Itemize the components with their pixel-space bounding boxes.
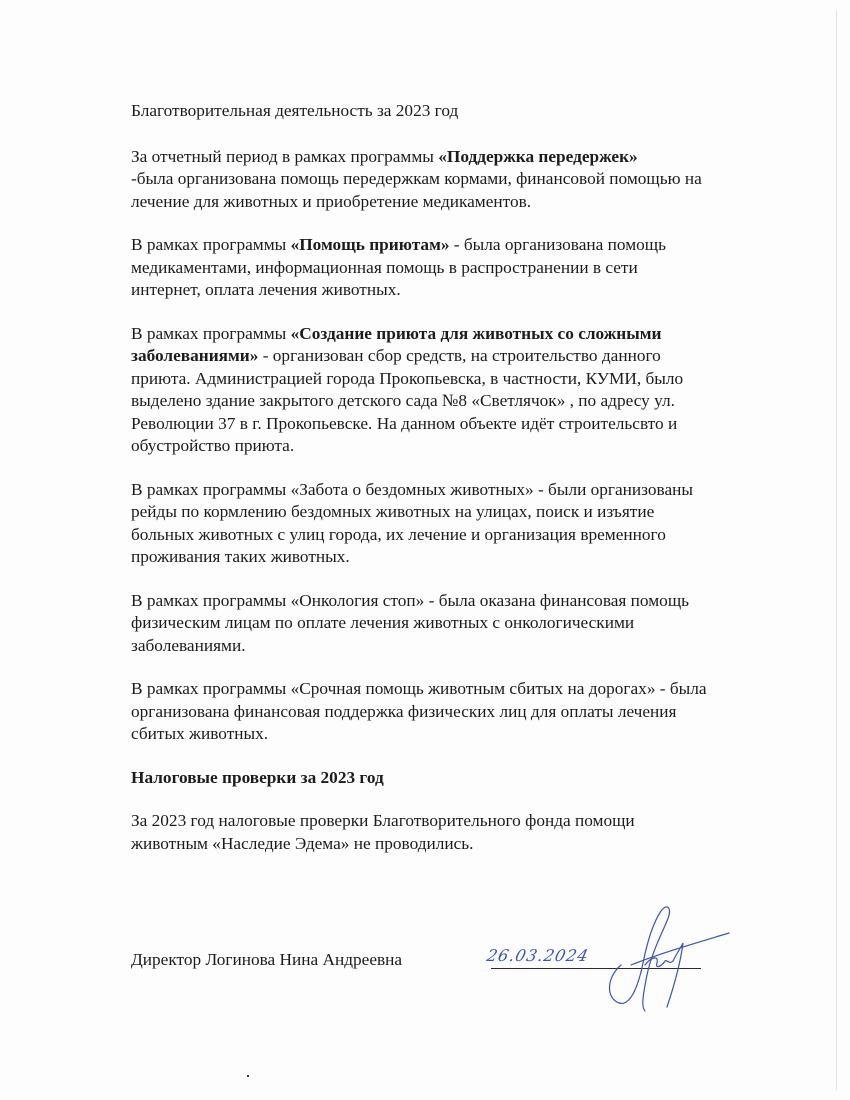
- scanned-page: Благотворительная деятельность за 2023 г…: [0, 0, 850, 1100]
- program-name: «Онкология стоп»: [291, 591, 425, 610]
- paragraph-program-5: В рамках программы «Онкология стоп» - бы…: [131, 590, 711, 658]
- paragraph-suffix: -была организована помощь передержкам ко…: [131, 169, 702, 211]
- program-name: «Помощь приютам»: [291, 235, 450, 254]
- paragraph-prefix: В рамках программы: [131, 235, 291, 254]
- program-name: «Срочная помощь животным сбитых на дорог…: [291, 679, 656, 698]
- program-name: «Забота о бездомных животных»: [291, 480, 534, 499]
- paragraph-program-2: В рамках программы «Помощь приютам» - бы…: [131, 234, 711, 302]
- paragraph-prefix: В рамках программы: [131, 324, 291, 343]
- paragraph-prefix: В рамках программы: [131, 679, 291, 698]
- signature-block: Директор Логинова Нина Андреевна 26.03.2…: [131, 947, 711, 977]
- scan-speck: [247, 1075, 249, 1077]
- document-body: Благотворительная деятельность за 2023 г…: [131, 100, 711, 855]
- paragraph-program-3: В рамках программы «Создание приюта для …: [131, 323, 711, 458]
- tax-section-text: За 2023 год налоговые проверки Благотвор…: [131, 810, 711, 855]
- handwritten-signature-icon: [601, 903, 731, 1013]
- paragraph-prefix: В рамках программы: [131, 591, 291, 610]
- paragraph-program-6: В рамках программы «Срочная помощь живот…: [131, 678, 711, 746]
- handwritten-date: 26.03.2024: [485, 945, 591, 968]
- paragraph-prefix: В рамках программы: [131, 480, 291, 499]
- paragraph-prefix: За отчетный период в рамках программы: [131, 147, 438, 166]
- scan-edge-line: [836, 10, 837, 1090]
- paragraph-program-4: В рамках программы «Забота о бездомных ж…: [131, 479, 711, 569]
- program-name: «Поддержка передержек»: [438, 147, 637, 166]
- paragraph-program-1: За отчетный период в рамках программы «П…: [131, 146, 711, 214]
- signer-name: Директор Логинова Нина Андреевна: [131, 949, 402, 972]
- document-title: Благотворительная деятельность за 2023 г…: [131, 100, 711, 123]
- tax-section-heading: Налоговые проверки за 2023 год: [131, 767, 711, 790]
